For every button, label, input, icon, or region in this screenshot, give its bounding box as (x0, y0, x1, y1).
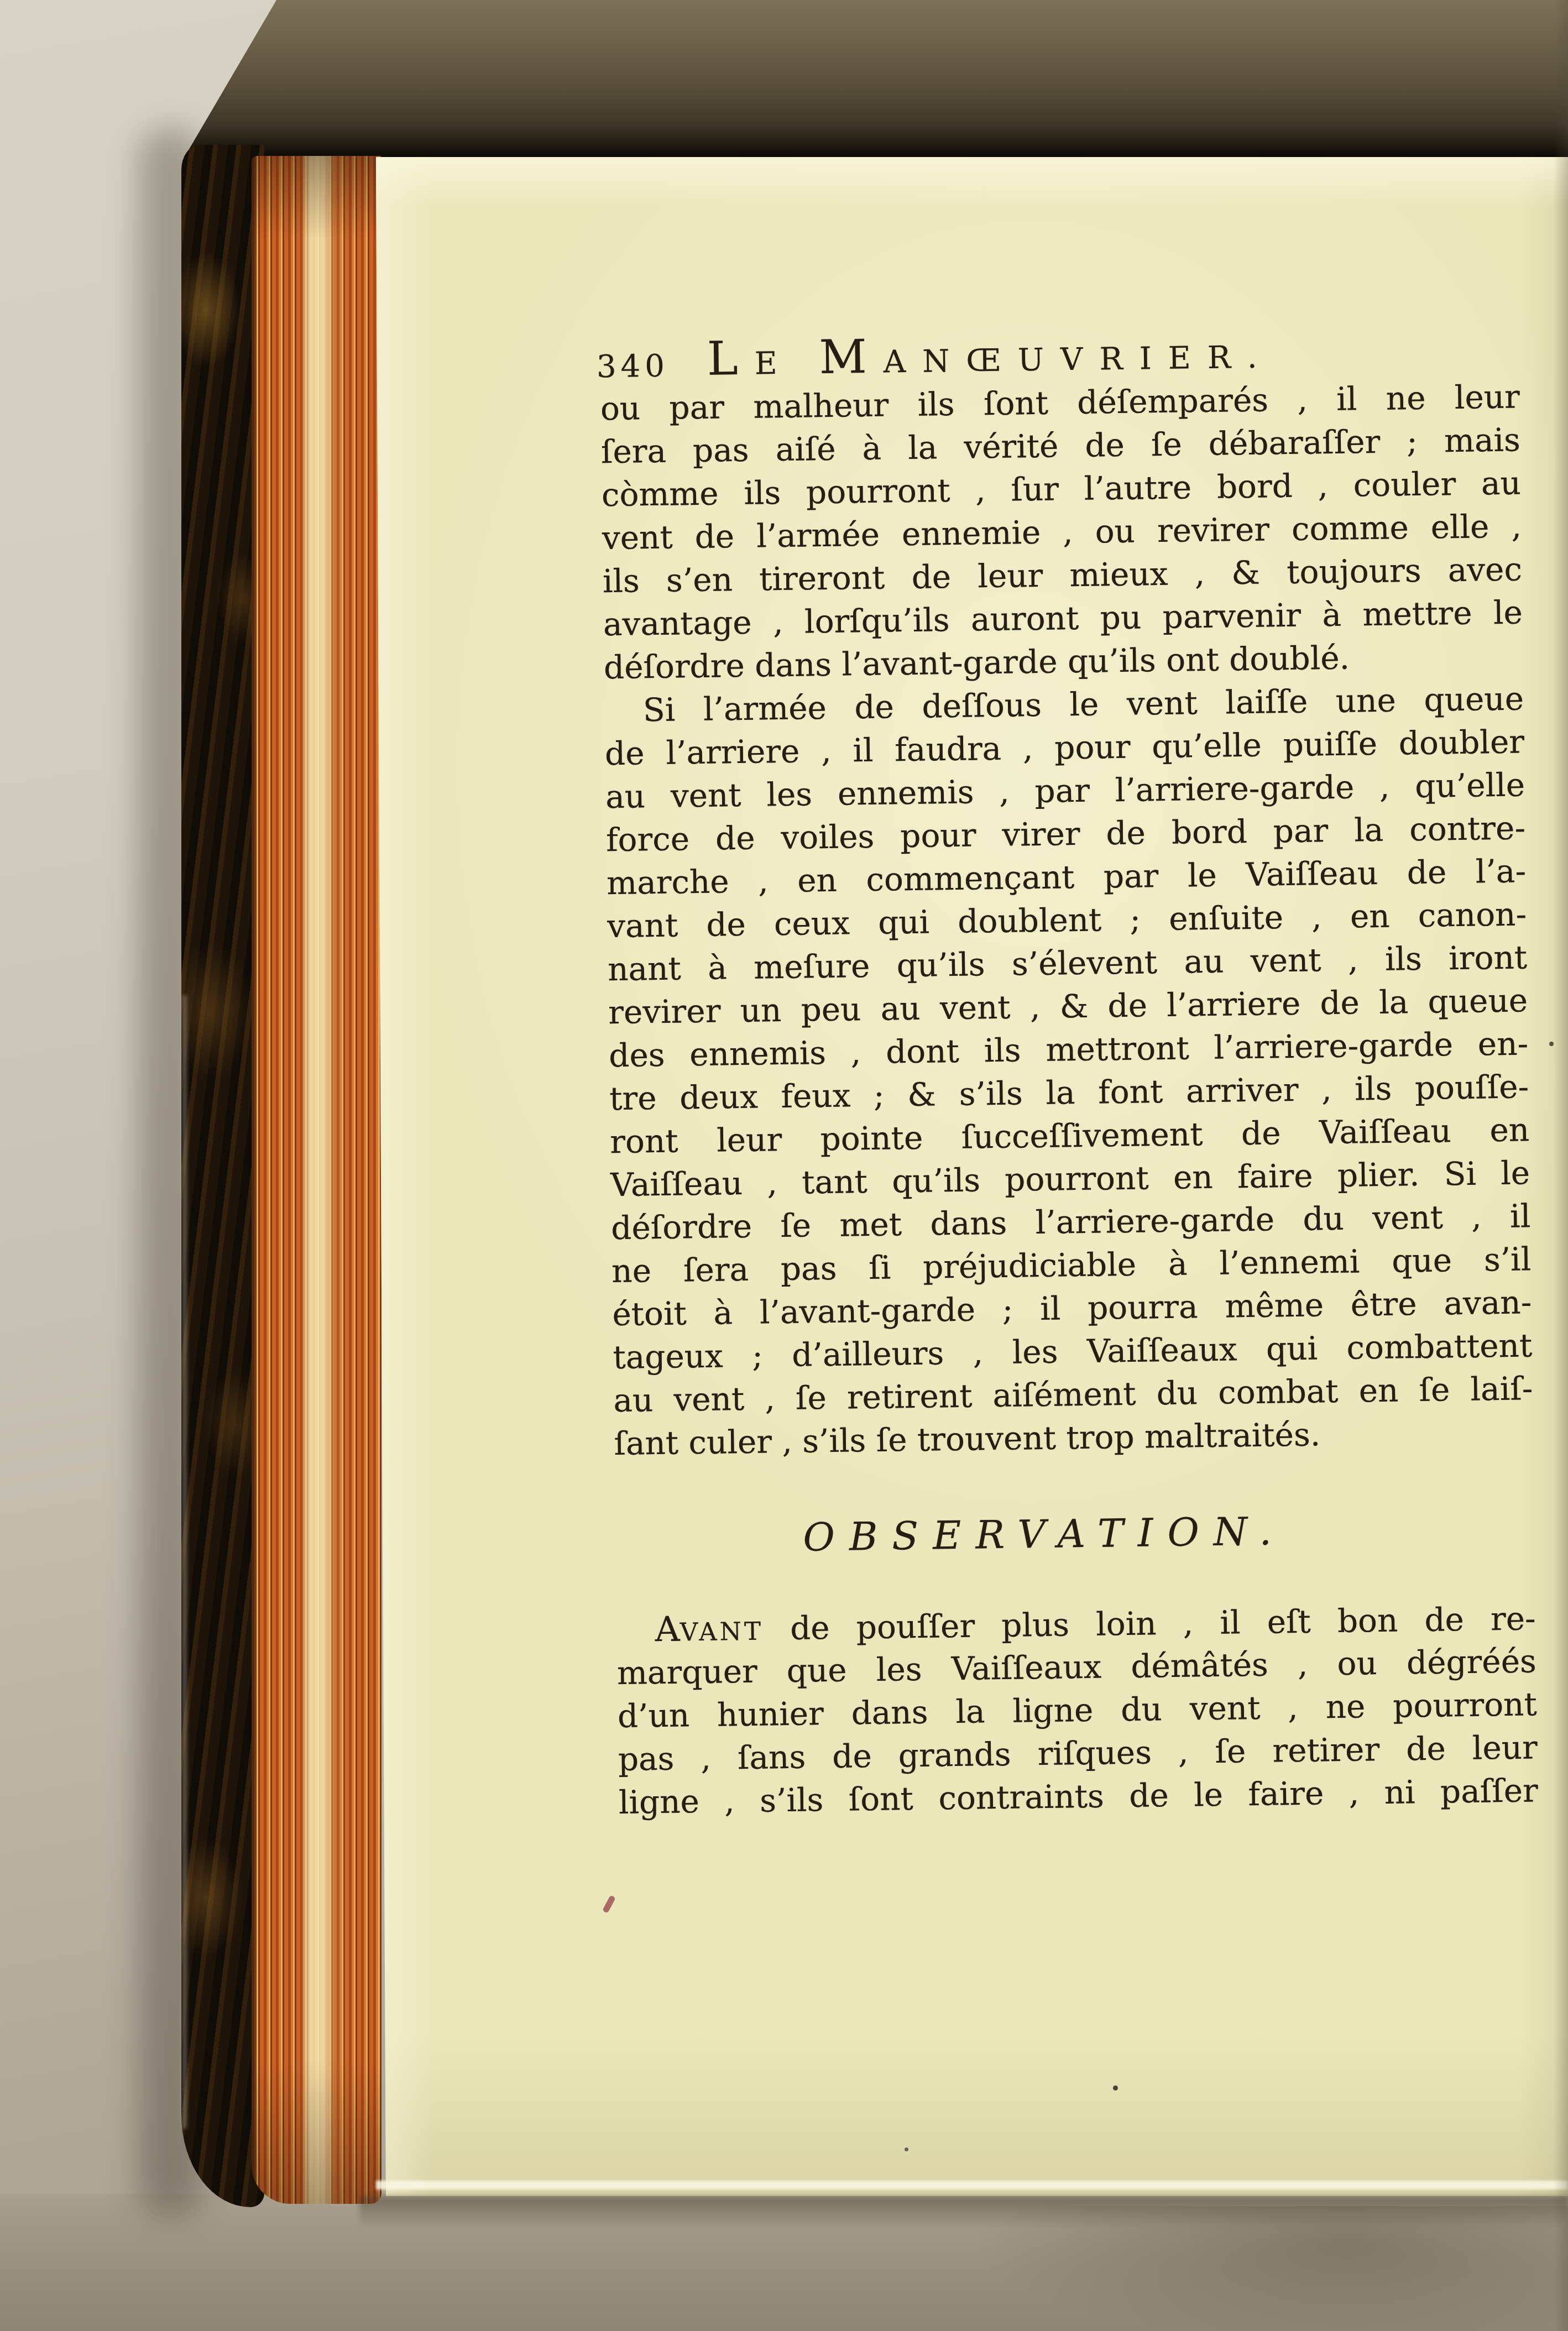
paragraph: Si l’armée de deſſous le vent laiſſe une… (604, 677, 1534, 1465)
paper-speck (1113, 2086, 1118, 2090)
page-under-shadow (359, 2196, 1568, 2228)
observation-paragraph: AVANT de pouſſer plus loin , il eſt bon … (616, 1596, 1538, 1824)
page-fore-edge (252, 156, 381, 2204)
paper-speck (905, 2147, 908, 2151)
lead-small-caps: VANT (680, 1617, 764, 1647)
cover-edge-highlight (182, 995, 187, 2129)
right-edge-vignette (1554, 0, 1568, 2331)
paper-speck (1549, 1042, 1554, 1046)
book-top-board (0, 0, 1568, 160)
page-bottom-edge (376, 2181, 1568, 2189)
printed-text: 340 LEMANŒUVRIER. ou par malheur ils ſon… (599, 308, 1538, 1825)
title-rest-anoeuvrier: ANŒUVRIER. (883, 339, 1274, 380)
title-initial-L: L (707, 331, 755, 386)
title-initial-M: M (819, 330, 884, 385)
title-rest-e: E (754, 346, 794, 382)
body-paragraphs: ou par malheur ils ſont déſemparés , il … (600, 375, 1533, 1465)
lead-capital: A (655, 1609, 680, 1650)
book-photo-scene: 340 LEMANŒUVRIER. ou par malheur ils ſon… (0, 0, 1568, 2331)
title-word-gap (794, 373, 819, 374)
running-header: 340 LEMANŒUVRIER. (599, 308, 1519, 388)
paragraph: ou par malheur ils ſont déſemparés , il … (600, 375, 1523, 689)
